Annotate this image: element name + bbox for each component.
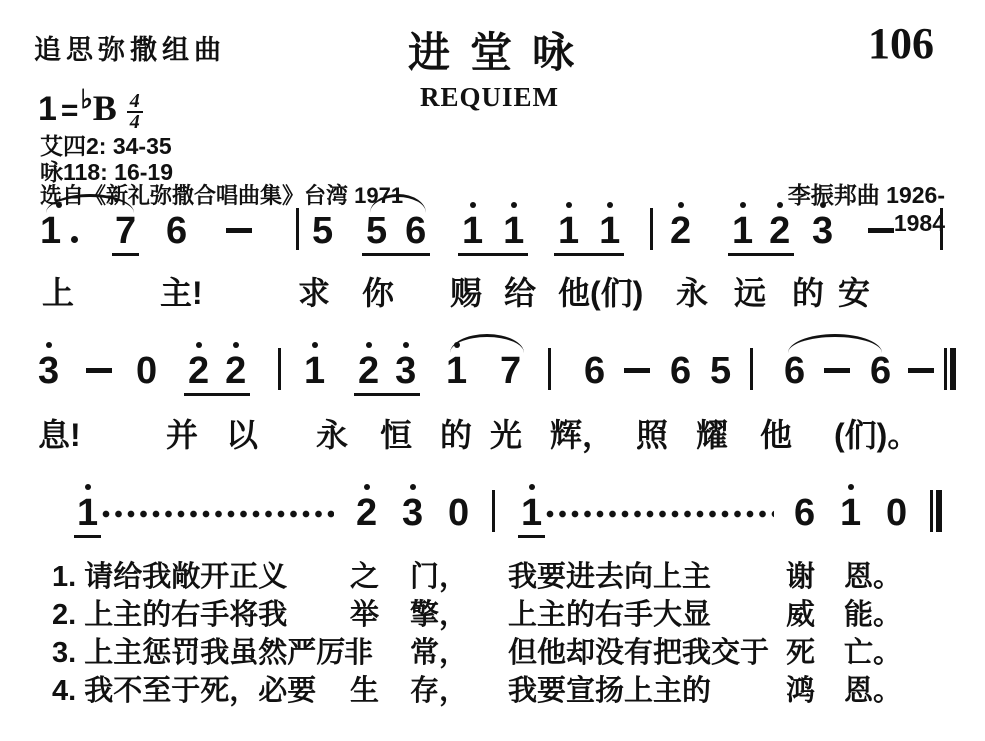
barline [296, 208, 299, 250]
barline [492, 490, 495, 532]
lyric-syllable: 他(们) [558, 268, 643, 314]
octave-dot [56, 202, 62, 208]
octave-dot [403, 342, 409, 348]
note-value: 1 [77, 492, 98, 534]
octave-dot [529, 484, 535, 490]
jianpu-note: 6 [166, 212, 187, 250]
note-digit: 6 [166, 212, 187, 250]
note-value: 2 [356, 492, 377, 534]
note-value: 6 [784, 350, 805, 392]
augmentation-dot [71, 236, 78, 243]
note-digit: 5 [710, 352, 731, 390]
lyric-syllable: 安 [838, 268, 870, 314]
note-value: 7 [500, 350, 521, 392]
lyric-syllable: 照 [636, 410, 668, 456]
note-digit: 0 [136, 352, 157, 390]
note-digit: 1 [503, 212, 524, 250]
subtitle: REQUIEM [420, 82, 559, 113]
note-digit: 7 [500, 352, 521, 390]
lyric-syllable: 给 [504, 268, 536, 314]
note-value: 3 [402, 492, 423, 534]
note-value: 1 [304, 350, 325, 392]
jianpu-note: 3 [402, 494, 423, 532]
verse-row-2: 2. 上主的右手将我举擎，上主的右手大显威能。 [0, 592, 985, 632]
octave-dot [364, 484, 370, 490]
octave-dot [233, 342, 239, 348]
beamed-note-group: 22 [184, 352, 250, 396]
lyric-syllable: 恩。 [844, 668, 902, 709]
note-value: 1 [446, 350, 467, 392]
dash-hold [226, 228, 252, 233]
note-digit: 6 [870, 352, 891, 390]
barline [750, 348, 753, 390]
verse-row-1: 1. 请给我敞开正义之门，我要进去向上主谢恩。 [0, 554, 985, 594]
lyric-syllable: 远 [734, 268, 766, 314]
recitation-dots [102, 510, 334, 519]
lyric-syllable: 恩。 [844, 554, 902, 595]
jianpu-note: 1 [840, 494, 861, 532]
note-value: 6 [166, 210, 187, 252]
note-value: 3 [812, 210, 833, 252]
psalm-tone-line: 12301610 [0, 478, 985, 542]
note-digit: 2 [670, 212, 691, 250]
dash-hold [868, 228, 894, 233]
note-value: 1 [599, 210, 620, 252]
beamed-note-group: 12 [728, 212, 794, 256]
note-digit: 1 [558, 212, 579, 250]
octave-dot [777, 202, 783, 208]
lyric-syllable: 亡。 [844, 630, 902, 671]
octave-dot [740, 202, 746, 208]
jianpu-note: 1 [40, 212, 78, 250]
jianpu-note: 1 [446, 352, 467, 390]
octave-dot [46, 342, 52, 348]
note-value: 2 [225, 350, 246, 392]
note-digit: 1 [77, 494, 98, 532]
note-digit: 2 [358, 352, 379, 390]
note-digit: 1 [840, 494, 861, 532]
lyric-syllable: 门， [410, 554, 468, 595]
key-tonic: B [93, 88, 117, 128]
note-value: 0 [886, 492, 907, 534]
note-digit: 1 [40, 212, 78, 250]
jianpu-note: 2 [670, 212, 691, 250]
note-digit: 3 [395, 352, 416, 390]
jianpu-note: 6 [870, 352, 891, 390]
octave-dot [454, 342, 460, 348]
note-value: 5 [366, 210, 387, 252]
note-digit: 3 [38, 352, 59, 390]
lyric-syllable: 光 [490, 410, 522, 456]
jianpu-note: 6 [670, 352, 691, 390]
suite-label: 追思弥撒组曲 [34, 28, 226, 67]
octave-dot [607, 202, 613, 208]
octave-dot [196, 342, 202, 348]
note-digit: 2 [769, 212, 790, 250]
lyric-syllable: 4. 我不至于死，必要 [52, 668, 316, 709]
note-value: 3 [38, 350, 59, 392]
dash-hold [908, 368, 934, 373]
lyric-syllable: 的 [792, 268, 824, 314]
verse-row-4: 4. 我不至于死，必要生存，我要宣扬上主的鸿恩。 [0, 668, 985, 708]
note-value: 3 [395, 350, 416, 392]
lyric-syllable: 死 [786, 630, 815, 671]
lyric-syllable: 赐 [450, 268, 482, 314]
lyric-syllable: 上主的右手大显 [508, 592, 711, 633]
note-digit: 3 [812, 212, 833, 250]
music-line-1: 17655611112123 [0, 196, 985, 260]
lyric-syllable: 主! [160, 268, 203, 314]
jianpu-note: 7 [112, 212, 139, 256]
lyric-syllable: 非 [344, 630, 373, 671]
note-digit: 1 [521, 494, 542, 532]
beamed-note-group: 11 [458, 212, 528, 256]
lyric-syllable: 他 [760, 410, 792, 456]
note-digit: 2 [188, 352, 209, 390]
note-value: 1 [462, 210, 483, 252]
jianpu-note: 1 [304, 352, 325, 390]
sheet-music-page: 追思弥撒组曲 进堂咏 106 REQUIEM 1=♭B44 艾四2: 34-35… [0, 0, 985, 741]
final-barline [930, 490, 942, 532]
recitation-dots [546, 510, 774, 519]
music-line-2: 30221231766566 [0, 336, 985, 400]
octave-dot [470, 202, 476, 208]
lyric-syllable: 3. 上主惩罚我虽然严厉 [52, 630, 345, 671]
lyrics-line-2: 息!并以永恒的光辉，照耀他(们)。 [0, 410, 985, 450]
octave-dot [848, 484, 854, 490]
jianpu-note: 0 [136, 352, 157, 390]
beamed-note-group: 56 [362, 212, 430, 256]
lyric-syllable: 之 [350, 554, 379, 595]
jianpu-note: 1 [74, 494, 101, 538]
lyric-syllable: 你 [362, 268, 394, 314]
note-value: 2 [769, 210, 790, 252]
jianpu-note: 5 [710, 352, 731, 390]
note-value: 1 [503, 210, 524, 252]
lyric-syllable: 存， [410, 668, 468, 709]
note-digit: 6 [794, 494, 815, 532]
note-value: 6 [405, 210, 426, 252]
note-value: 0 [136, 350, 157, 392]
octave-dot [566, 202, 572, 208]
note-digit: 1 [304, 352, 325, 390]
dash-hold [624, 368, 650, 373]
barline [650, 208, 653, 250]
note-value: 2 [358, 350, 379, 392]
jianpu-note: 0 [886, 494, 907, 532]
lyric-syllable: 我要进去向上主 [508, 554, 711, 595]
note-value: 6 [870, 350, 891, 392]
lyric-syllable: 但他却没有把我交于 [508, 630, 769, 671]
note-value: 0 [448, 492, 469, 534]
note-digit: 6 [584, 352, 605, 390]
lyric-syllable: 常， [410, 630, 468, 671]
lyric-syllable: 永 [676, 268, 708, 314]
note-value: 5 [710, 350, 731, 392]
note-value: 1 [558, 210, 579, 252]
note-digit: 5 [312, 212, 333, 250]
lyric-syllable: 上 [42, 268, 74, 314]
jianpu-note: 6 [784, 352, 805, 390]
lyric-syllable: 永 [316, 410, 348, 456]
note-digit: 2 [225, 352, 246, 390]
note-digit: 0 [886, 494, 907, 532]
key-equals: = [61, 94, 79, 127]
note-value: 2 [188, 350, 209, 392]
note-value: 1 [521, 492, 542, 534]
beamed-note-group: 23 [354, 352, 420, 396]
note-digit: 3 [402, 494, 423, 532]
octave-dot [410, 484, 416, 490]
key-do: 1 [38, 90, 57, 128]
note-digit: 1 [599, 212, 620, 250]
lyric-syllable: 2. 上主的右手将我 [52, 592, 287, 633]
note-digit: 6 [784, 352, 805, 390]
note-value: 6 [584, 350, 605, 392]
note-digit: 1 [446, 352, 467, 390]
verse-row-3: 3. 上主惩罚我虽然严厉非常，但他却没有把我交于死亡。 [0, 630, 985, 670]
lyric-syllable: 1. 请给我敞开正义 [52, 554, 287, 595]
lyric-syllable: 能。 [844, 592, 902, 633]
dash-hold [86, 368, 112, 373]
lyric-syllable: 的 [440, 410, 472, 456]
page-number: 106 [868, 18, 934, 69]
jianpu-note: 3 [812, 212, 833, 250]
note-digit: 0 [448, 494, 469, 532]
final-barline [944, 348, 956, 390]
lyric-syllable: 生 [350, 668, 379, 709]
lyric-syllable: 举 [350, 592, 379, 633]
jianpu-note: 6 [584, 352, 605, 390]
lyric-syllable: 耀 [696, 410, 728, 456]
jianpu-note: 6 [794, 494, 815, 532]
note-digit: 6 [405, 212, 426, 250]
lyric-syllable: 求 [298, 268, 330, 314]
note-value: 1 [40, 210, 61, 252]
note-value: 6 [670, 350, 691, 392]
jianpu-note: 1 [518, 494, 545, 538]
octave-dot [511, 202, 517, 208]
jianpu-note: 5 [312, 212, 333, 250]
note-value: 2 [670, 210, 691, 252]
lyric-syllable: 擎， [410, 592, 468, 633]
lyric-syllable: (们)。 [834, 410, 919, 456]
lyric-syllable: 鸿 [786, 668, 815, 709]
note-digit: 1 [732, 212, 753, 250]
note-digit: 1 [462, 212, 483, 250]
octave-dot [312, 342, 318, 348]
lyric-syllable: 以 [226, 410, 258, 456]
jianpu-note: 7 [500, 352, 521, 390]
barline [548, 348, 551, 390]
beamed-note-group: 11 [554, 212, 624, 256]
note-value: 5 [312, 210, 333, 252]
lyric-syllable: 我要宣扬上主的 [508, 668, 711, 709]
octave-dot [85, 484, 91, 490]
lyric-syllable: 辉， [550, 410, 614, 456]
octave-dot [820, 202, 826, 208]
jianpu-note: 2 [356, 494, 377, 532]
lyric-syllable: 威 [786, 592, 815, 633]
lyric-syllable: 谢 [786, 554, 815, 595]
jianpu-note: 3 [38, 352, 59, 390]
page-title: 进堂咏 [408, 20, 594, 80]
note-value: 6 [794, 492, 815, 534]
jianpu-note: 0 [448, 494, 469, 532]
octave-dot [678, 202, 684, 208]
lyrics-line-1: 上主!求你赐给他(们)永远的安 [0, 268, 985, 308]
barline [940, 208, 943, 250]
octave-dot [366, 342, 372, 348]
note-value: 7 [115, 210, 136, 252]
lyric-syllable: 息! [38, 410, 81, 456]
note-value: 1 [840, 492, 861, 534]
key-signature: 1=♭B44 [38, 84, 143, 132]
meter-top: 4 [127, 92, 143, 113]
barline [278, 348, 281, 390]
flat-icon: ♭ [80, 84, 92, 114]
note-digit: 7 [115, 212, 136, 250]
note-digit: 6 [670, 352, 691, 390]
lyric-syllable: 并 [166, 410, 198, 456]
note-digit: 2 [356, 494, 377, 532]
time-signature: 44 [127, 92, 143, 132]
dash-hold [824, 368, 850, 373]
note-value: 1 [732, 210, 753, 252]
note-digit: 5 [366, 212, 387, 250]
lyric-syllable: 恒 [380, 410, 412, 456]
